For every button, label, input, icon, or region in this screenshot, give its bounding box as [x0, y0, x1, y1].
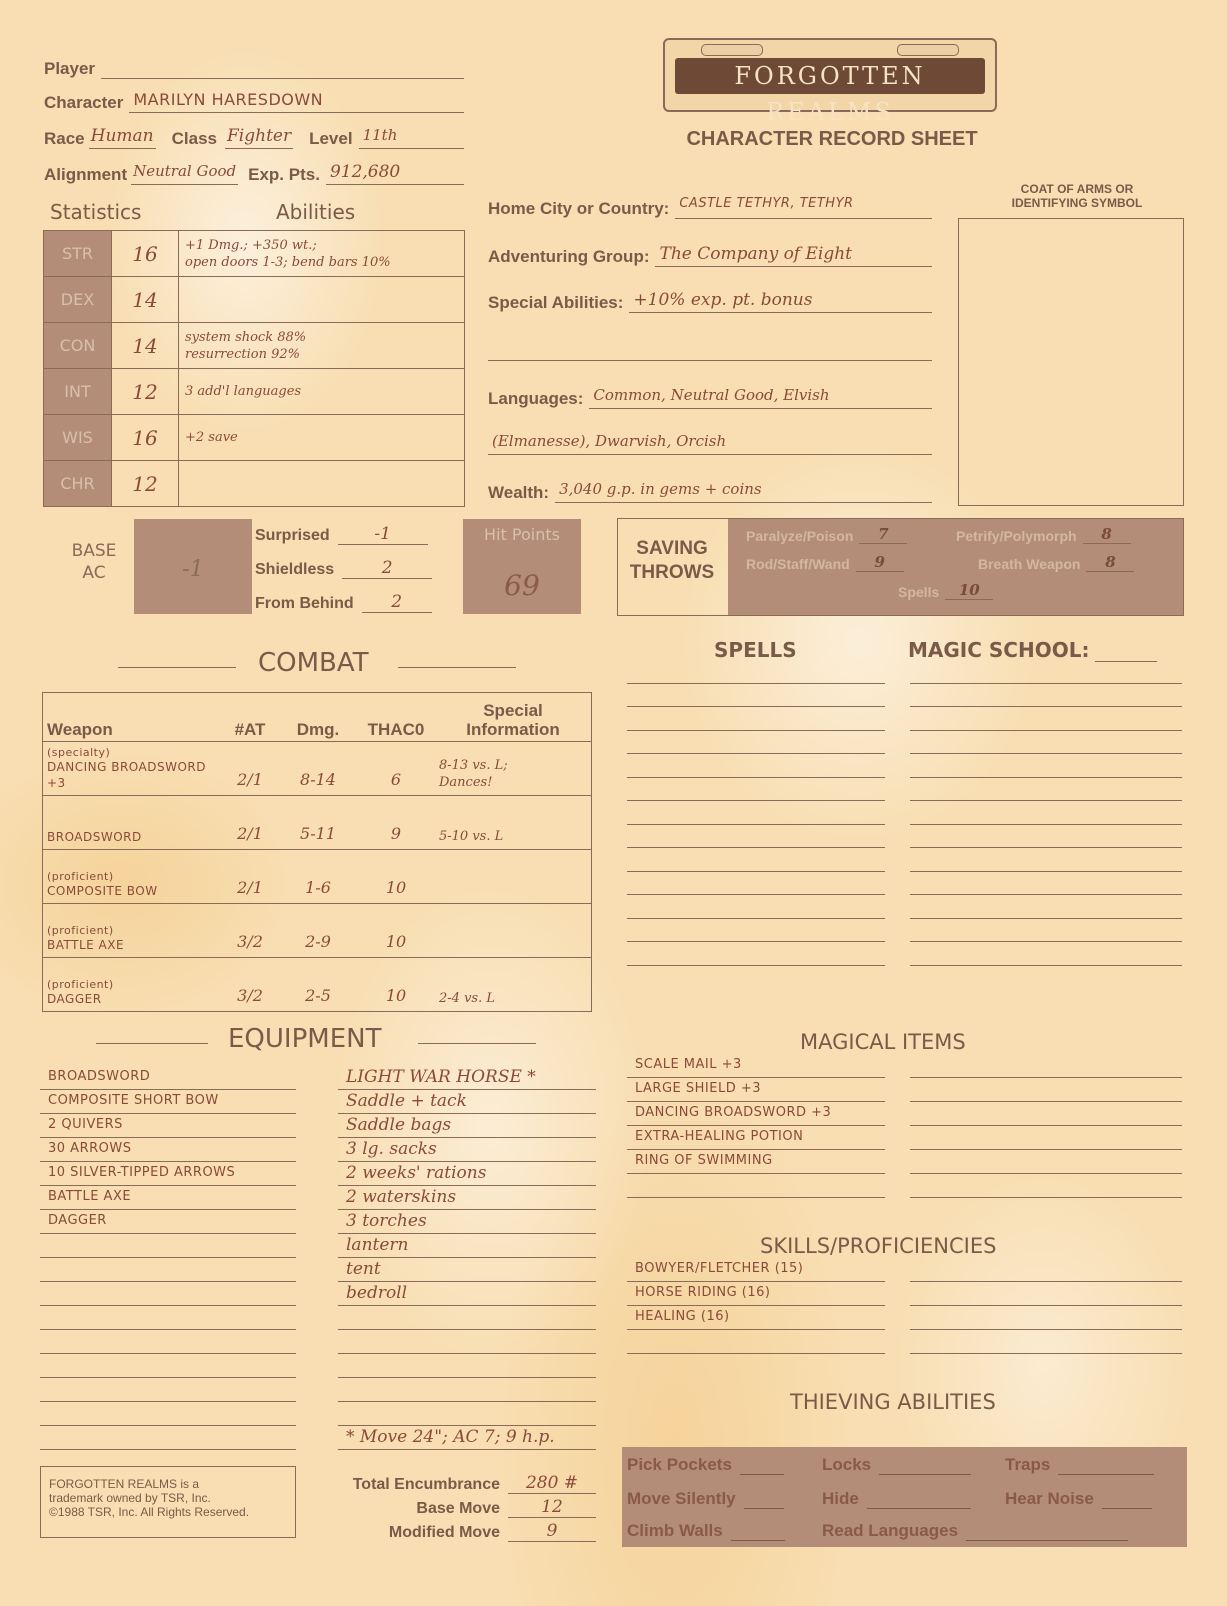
special-abilities-value-2[interactable]	[488, 338, 932, 361]
traps-value[interactable]	[1058, 1456, 1154, 1475]
home-value[interactable]: CASTLE TETHYR, TETHYR	[675, 196, 932, 219]
stat-abilities[interactable]: +2 save	[179, 415, 465, 461]
list-line[interactable]: BOWYER/FLETCHER (15)	[627, 1258, 885, 1282]
stat-score[interactable]: 14	[112, 323, 179, 369]
move-silently-field[interactable]: Move Silently	[627, 1489, 784, 1509]
list-line[interactable]	[40, 1282, 296, 1306]
weapon-name: BROADSWORD	[47, 829, 217, 849]
languages-label: Languages:	[488, 389, 583, 409]
race-label: Race	[44, 129, 85, 149]
weapon-special[interactable]: 2-4 vs. L	[435, 958, 592, 1012]
coat-of-arms-box[interactable]	[958, 218, 1184, 506]
list-line[interactable]	[910, 1282, 1182, 1306]
list-line[interactable]: bedroll	[338, 1282, 596, 1306]
logo-text: FORGOTTEN REALMS	[675, 58, 985, 94]
weapon-attacks[interactable]: 2/1	[221, 742, 279, 796]
weapon-thaco[interactable]: 10	[357, 958, 435, 1012]
list-line[interactable]	[910, 1102, 1182, 1126]
surprised-value[interactable]: -1	[338, 524, 428, 545]
list-line[interactable]: DAGGER	[40, 1210, 296, 1234]
skills-title: SKILLS/PROFICIENCIES	[760, 1234, 996, 1258]
equipment-rule-left	[96, 1043, 208, 1044]
stat-row: DEX14	[44, 277, 465, 323]
saving-throws-title-line: SAVING	[618, 537, 726, 561]
climb-walls-label: Climb Walls	[627, 1521, 723, 1541]
ac-modifiers: Surprised -1 Shieldless 2 From Behind 2	[255, 519, 455, 613]
base-ac-label: BASE AC	[44, 540, 144, 584]
modified-move-value[interactable]: 9	[508, 1521, 596, 1542]
stat-score[interactable]: 14	[112, 277, 179, 323]
stat-ability-line: 3 add'l languages	[185, 383, 464, 400]
trademark-line: ©1988 TSR, Inc. All Rights Reserved.	[49, 1505, 287, 1519]
weapon-cell[interactable]: (proficient)COMPOSITE BOW	[43, 850, 222, 904]
list-line[interactable]: 2 QUIVERS	[40, 1114, 296, 1138]
skills-list-right	[910, 1258, 1182, 1354]
magical-items-list-left: SCALE MAIL +3LARGE SHIELD +3DANCING BROA…	[627, 1054, 885, 1198]
list-line[interactable]	[40, 1234, 296, 1258]
base-move-field[interactable]: Base Move 12	[320, 1494, 596, 1518]
breath-weapon-label: Breath Weapon	[978, 556, 1080, 572]
list-line[interactable]	[40, 1426, 296, 1450]
list-line[interactable]	[910, 1258, 1182, 1282]
list-line[interactable]: LARGE SHIELD +3	[627, 1078, 885, 1102]
list-line[interactable]	[627, 660, 885, 684]
list-line[interactable]	[910, 825, 1182, 849]
hide-field[interactable]: Hide	[822, 1489, 971, 1509]
read-languages-value[interactable]	[966, 1522, 1128, 1541]
weapon-special[interactable]: 8-13 vs. L;Dances!	[435, 742, 592, 796]
paralyze-label: Paralyze/Poison	[746, 528, 853, 544]
surprised-label: Surprised	[255, 527, 330, 545]
exp-value[interactable]: 912,680	[326, 162, 464, 185]
weapon-thaco[interactable]: 9	[357, 796, 435, 850]
col-special: Special Information	[435, 693, 592, 742]
list-line[interactable]: SCALE MAIL +3	[627, 1054, 885, 1078]
list-line[interactable]	[338, 1378, 596, 1402]
list-line[interactable]	[910, 1174, 1182, 1198]
from-behind-field[interactable]: From Behind 2	[255, 579, 455, 613]
hit-points-value: 69	[463, 569, 581, 602]
locks-label: Locks	[822, 1455, 871, 1475]
petrify-value[interactable]: 8	[1083, 525, 1131, 544]
stat-abilities[interactable]: 3 add'l languages	[179, 369, 465, 415]
stat-abilities[interactable]: +1 Dmg.; +350 wt.;open doors 1-3; bend b…	[179, 231, 465, 277]
list-line[interactable]: 3 torches	[338, 1210, 596, 1234]
languages-field[interactable]: Languages: Common, Neutral Good, Elvish	[488, 386, 932, 409]
statistics-header: Statistics	[50, 200, 141, 224]
list-line[interactable]: 10 SILVER-TIPPED ARROWS	[40, 1162, 296, 1186]
weapon-cell[interactable]: (specialty)DANCING BROADSWORD +3	[43, 742, 222, 796]
list-line[interactable]	[338, 1354, 596, 1378]
stat-row: CHR12	[44, 461, 465, 507]
stat-ability-line: open doors 1-3; bend bars 10%	[185, 254, 464, 271]
list-line[interactable]	[338, 1330, 596, 1354]
home-label: Home City or Country:	[488, 199, 669, 219]
shieldless-value[interactable]: 2	[342, 558, 432, 579]
weapon-special-line: 2-4 vs. L	[439, 990, 587, 1007]
from-behind-label: From Behind	[255, 595, 354, 613]
stat-abilities[interactable]	[179, 461, 465, 507]
alignment-value[interactable]: Neutral Good	[131, 162, 238, 185]
list-line[interactable]	[910, 707, 1182, 731]
list-line[interactable]	[627, 942, 885, 966]
movement-area: Total Encumbrance 280 # Base Move 12 Mod…	[320, 1470, 596, 1542]
stat-row: WIS16+2 save	[44, 415, 465, 461]
hide-label: Hide	[822, 1489, 859, 1509]
shieldless-label: Shieldless	[255, 561, 334, 579]
forgotten-realms-logo: FORGOTTEN REALMS	[663, 38, 997, 112]
weapon-damage[interactable]: 5-11	[279, 796, 357, 850]
move-silently-value[interactable]	[744, 1490, 784, 1509]
list-line[interactable]	[910, 731, 1182, 755]
level-value[interactable]: 11th	[359, 126, 464, 149]
class-label: Class	[172, 129, 217, 149]
group-value[interactable]: The Company of Eight	[655, 244, 932, 267]
logo-ornament	[701, 44, 763, 56]
list-line[interactable]	[910, 801, 1182, 825]
col-weapon: Weapon	[43, 693, 222, 742]
list-line[interactable]	[627, 707, 885, 731]
list-line[interactable]	[627, 1330, 885, 1354]
thieving-title: THIEVING ABILITIES	[790, 1390, 996, 1414]
rod-staff-wand-label: Rod/Staff/Wand	[746, 556, 850, 572]
saving-throws-title: SAVING THROWS	[618, 537, 726, 585]
hear-noise-value[interactable]	[1102, 1490, 1152, 1509]
rod-staff-wand-field[interactable]: Rod/Staff/Wand 9	[746, 553, 904, 572]
hit-points-label: Hit Points	[463, 525, 581, 544]
read-languages-field[interactable]: Read Languages	[822, 1521, 1128, 1541]
list-line[interactable]	[910, 1150, 1182, 1174]
level-label: Level	[309, 129, 352, 149]
list-line[interactable]	[910, 848, 1182, 872]
list-line[interactable]	[910, 754, 1182, 778]
logo-ornament	[897, 44, 959, 56]
weapon-cell[interactable]: BROADSWORD	[43, 796, 222, 850]
breath-weapon-field[interactable]: Breath Weapon 8	[978, 553, 1134, 572]
locks-field[interactable]: Locks	[822, 1455, 971, 1475]
weapon-special-line: 8-13 vs. L;	[439, 757, 587, 774]
weapon-damage[interactable]: 8-14	[279, 742, 357, 796]
group-field[interactable]: Adventuring Group: The Company of Eight	[488, 244, 932, 267]
traps-field[interactable]: Traps	[1005, 1455, 1154, 1475]
paralyze-field[interactable]: Paralyze/Poison 7	[746, 525, 907, 544]
weapon-damage[interactable]: 2-9	[279, 904, 357, 958]
special-abilities-field-2[interactable]	[488, 338, 932, 361]
list-line[interactable]	[910, 778, 1182, 802]
weapon-row: (specialty)DANCING BROADSWORD +32/18-146…	[43, 742, 592, 796]
list-line[interactable]	[627, 731, 885, 755]
equipment-title: EQUIPMENT	[228, 1024, 381, 1054]
climb-walls-field[interactable]: Climb Walls	[627, 1521, 785, 1541]
list-line[interactable]	[40, 1378, 296, 1402]
total-encumbrance-field[interactable]: Total Encumbrance 280 #	[320, 1470, 596, 1494]
weapon-thaco[interactable]: 10	[357, 850, 435, 904]
spells-save-value[interactable]: 10	[945, 581, 993, 600]
weapon-cell[interactable]: (proficient)BATTLE AXE	[43, 904, 222, 958]
saving-throws-title-line: THROWS	[618, 561, 726, 585]
list-line[interactable]	[910, 1330, 1182, 1354]
col-attacks: #AT	[221, 693, 279, 742]
from-behind-value[interactable]: 2	[362, 592, 432, 613]
petrify-label: Petrify/Polymorph	[956, 528, 1077, 544]
special-abilities-value[interactable]: +10% exp. pt. bonus	[629, 290, 932, 313]
traps-label: Traps	[1005, 1455, 1050, 1475]
combat-title: COMBAT	[258, 648, 369, 678]
character-value[interactable]: MARILYN HARESDOWN	[129, 90, 464, 113]
coat-of-arms-label: COAT OF ARMS OR IDENTIFYING SYMBOL	[997, 182, 1157, 210]
pick-pockets-field[interactable]: Pick Pockets	[627, 1455, 784, 1475]
wealth-label: Wealth:	[488, 483, 549, 503]
character-label: Character	[44, 93, 123, 113]
weapon-row: (proficient)DAGGER3/22-5102-4 vs. L	[43, 958, 592, 1012]
stat-name: WIS	[44, 415, 112, 461]
stat-score[interactable]: 12	[112, 369, 179, 415]
list-line[interactable]: tent	[338, 1258, 596, 1282]
coat-of-arms-label-line: COAT OF ARMS OR	[997, 182, 1157, 196]
list-line[interactable]: DANCING BROADSWORD +3	[627, 1102, 885, 1126]
list-line[interactable]	[910, 919, 1182, 943]
weapon-damage[interactable]: 1-6	[279, 850, 357, 904]
col-thaco: THAC0	[357, 693, 435, 742]
list-line[interactable]	[627, 848, 885, 872]
weapon-note: (proficient)	[47, 924, 217, 937]
col-special-line: Special	[439, 701, 587, 720]
character-field[interactable]: Character MARILYN HARESDOWN	[44, 90, 464, 113]
weapon-row: BROADSWORD2/15-1195-10 vs. L	[43, 796, 592, 850]
group-label: Adventuring Group:	[488, 247, 649, 267]
list-line[interactable]: 3 lg. sacks	[338, 1138, 596, 1162]
climb-walls-value[interactable]	[731, 1522, 785, 1541]
spells-save-field[interactable]: Spells 10	[898, 581, 993, 600]
weapon-name: DANCING BROADSWORD +3	[47, 759, 217, 795]
modified-move-field[interactable]: Modified Move 9	[320, 1518, 596, 1542]
breath-weapon-value[interactable]: 8	[1086, 553, 1134, 572]
surprised-field[interactable]: Surprised -1	[255, 519, 455, 545]
languages-field-2[interactable]: (Elmanesse), Dwarvish, Orcish	[488, 432, 932, 455]
race-class-level-row: Race Human Class Fighter Level 11th	[44, 126, 464, 149]
list-line[interactable]: 2 weeks' rations	[338, 1162, 596, 1186]
weapon-attacks[interactable]: 2/1	[221, 850, 279, 904]
list-line[interactable]	[40, 1354, 296, 1378]
weapon-thaco[interactable]: 10	[357, 904, 435, 958]
languages-value-2[interactable]: (Elmanesse), Dwarvish, Orcish	[488, 432, 932, 455]
class-value[interactable]: Fighter	[225, 126, 293, 149]
locks-value[interactable]	[879, 1456, 971, 1475]
combat-rule-left	[118, 667, 236, 668]
trademark-line: trademark owned by TSR, Inc.	[49, 1491, 287, 1505]
list-line[interactable]	[910, 1078, 1182, 1102]
alignment-exp-row: Alignment Neutral Good Exp. Pts. 912,680	[44, 162, 464, 185]
stat-abilities[interactable]	[179, 277, 465, 323]
base-ac-box[interactable]: -1	[134, 519, 252, 614]
list-line[interactable]	[338, 1402, 596, 1426]
weapon-row: (proficient)BATTLE AXE3/22-910	[43, 904, 592, 958]
hear-noise-field[interactable]: Hear Noise	[1005, 1489, 1152, 1509]
pick-pockets-label: Pick Pockets	[627, 1455, 732, 1475]
equipment-rule-right	[418, 1043, 536, 1044]
base-ac-value: -1	[134, 557, 252, 582]
list-line[interactable]	[910, 942, 1182, 966]
hit-points-box[interactable]: Hit Points 69	[463, 519, 581, 614]
trademark-notice: FORGOTTEN REALMS is a trademark owned by…	[40, 1466, 296, 1538]
equipment-list-right: LIGHT WAR HORSE *Saddle + tackSaddle bag…	[338, 1066, 596, 1450]
stat-ability-line: resurrection 92%	[185, 346, 464, 363]
base-ac-label-line: AC	[44, 562, 144, 584]
stat-score[interactable]: 16	[112, 231, 179, 277]
stat-row: STR16+1 Dmg.; +350 wt.;open doors 1-3; b…	[44, 231, 465, 277]
list-line[interactable]	[627, 778, 885, 802]
modified-move-label: Modified Move	[389, 1524, 500, 1542]
list-line[interactable]: EXTRA-HEALING POTION	[627, 1126, 885, 1150]
weapon-note: (proficient)	[47, 870, 217, 883]
weapon-special[interactable]: 5-10 vs. L	[435, 796, 592, 850]
magic-school-label: MAGIC SCHOOL:	[908, 638, 1089, 662]
list-line[interactable]: lantern	[338, 1234, 596, 1258]
combat-rule-right	[398, 667, 516, 668]
special-abilities-field[interactable]: Special Abilities: +10% exp. pt. bonus	[488, 290, 932, 313]
weapon-note: (specialty)	[47, 746, 217, 759]
move-silently-label: Move Silently	[627, 1489, 736, 1509]
stat-ability-line: +1 Dmg.; +350 wt.;	[185, 237, 464, 254]
coat-of-arms-label-line: IDENTIFYING SYMBOL	[997, 196, 1157, 210]
weapon-special[interactable]	[435, 850, 592, 904]
stats-table: STR16+1 Dmg.; +350 wt.;open doors 1-3; b…	[43, 230, 465, 507]
weapon-note: (proficient)	[47, 978, 217, 991]
spells-list-right	[910, 660, 1182, 966]
player-value[interactable]	[101, 56, 464, 79]
magical-items-title: MAGICAL ITEMS	[800, 1030, 966, 1054]
weapon-attacks[interactable]: 3/2	[221, 904, 279, 958]
combat-table: Weapon #AT Dmg. THAC0 Special Informatio…	[42, 692, 592, 1012]
stat-score[interactable]: 12	[112, 461, 179, 507]
paralyze-value[interactable]: 7	[859, 525, 907, 544]
weapon-name: DAGGER	[47, 991, 217, 1011]
saving-throws-box: SAVING THROWS Paralyze/Poison 7 Petrify/…	[617, 518, 1184, 616]
list-line[interactable]	[40, 1402, 296, 1426]
list-line[interactable]: BROADSWORD	[40, 1066, 296, 1090]
stat-name: STR	[44, 231, 112, 277]
hear-noise-label: Hear Noise	[1005, 1489, 1094, 1509]
list-line[interactable]	[627, 895, 885, 919]
list-line[interactable]	[338, 1306, 596, 1330]
rod-staff-wand-value[interactable]: 9	[856, 553, 904, 572]
list-line[interactable]	[627, 872, 885, 896]
list-line[interactable]	[627, 801, 885, 825]
list-line[interactable]	[40, 1330, 296, 1354]
wealth-value[interactable]: 3,040 g.p. in gems + coins	[555, 480, 932, 503]
weapon-cell[interactable]: (proficient)DAGGER	[43, 958, 222, 1012]
col-special-line: Information	[439, 720, 587, 739]
thieving-abilities-panel: Pick Pockets Locks Traps Move Silently H…	[622, 1447, 1187, 1547]
stat-ability-line: system shock 88%	[185, 329, 464, 346]
shieldless-field[interactable]: Shieldless 2	[255, 545, 455, 579]
list-line[interactable]	[910, 895, 1182, 919]
skills-list-left: BOWYER/FLETCHER (15)HORSE RIDING (16)HEA…	[627, 1258, 885, 1354]
list-line[interactable]	[40, 1258, 296, 1282]
list-line[interactable]: 30 ARROWS	[40, 1138, 296, 1162]
list-line[interactable]	[627, 1174, 885, 1198]
stat-abilities[interactable]: system shock 88%resurrection 92%	[179, 323, 465, 369]
weapon-special[interactable]	[435, 904, 592, 958]
magical-items-list-right	[910, 1054, 1182, 1198]
total-encumbrance-value[interactable]: 280 #	[508, 1473, 596, 1494]
list-line[interactable]: HORSE RIDING (16)	[627, 1282, 885, 1306]
languages-value[interactable]: Common, Neutral Good, Elvish	[589, 386, 932, 409]
list-line[interactable]	[910, 684, 1182, 708]
saving-throws-panel: Paralyze/Poison 7 Petrify/Polymorph 8 Ro…	[728, 519, 1183, 615]
player-field[interactable]: Player	[44, 56, 464, 79]
weapon-thaco[interactable]: 6	[357, 742, 435, 796]
list-line[interactable]	[627, 684, 885, 708]
weapon-damage[interactable]: 2-5	[279, 958, 357, 1012]
spells-list-left	[627, 660, 885, 966]
list-line[interactable]	[910, 1054, 1182, 1078]
list-line[interactable]: 2 waterskins	[338, 1186, 596, 1210]
list-line[interactable]: Saddle bags	[338, 1114, 596, 1138]
col-damage: Dmg.	[279, 693, 357, 742]
spells-title: SPELLS	[714, 638, 797, 662]
weapon-attacks[interactable]: 2/1	[221, 796, 279, 850]
weapon-attacks[interactable]: 3/2	[221, 958, 279, 1012]
stat-name: CHR	[44, 461, 112, 507]
weapon-name: BATTLE AXE	[47, 937, 217, 957]
list-line[interactable]	[910, 660, 1182, 684]
list-line[interactable]	[910, 872, 1182, 896]
hide-value[interactable]	[867, 1490, 971, 1509]
stat-row: INT123 add'l languages	[44, 369, 465, 415]
race-value[interactable]: Human	[89, 126, 156, 149]
total-encumbrance-label: Total Encumbrance	[353, 1476, 500, 1494]
pick-pockets-value[interactable]	[740, 1456, 784, 1475]
list-line[interactable]	[627, 754, 885, 778]
petrify-field[interactable]: Petrify/Polymorph 8	[956, 525, 1131, 544]
magic-school-field[interactable]: MAGIC SCHOOL:	[908, 638, 1157, 662]
list-line[interactable]: COMPOSITE SHORT BOW	[40, 1090, 296, 1114]
list-line[interactable]: Saddle + tack	[338, 1090, 596, 1114]
stat-score[interactable]: 16	[112, 415, 179, 461]
sheet-title: CHARACTER RECORD SHEET	[672, 128, 992, 151]
equipment-list-left: BROADSWORDCOMPOSITE SHORT BOW2 QUIVERS30…	[40, 1066, 296, 1450]
stat-row: CON14system shock 88%resurrection 92%	[44, 323, 465, 369]
list-line[interactable]: BATTLE AXE	[40, 1186, 296, 1210]
list-line[interactable]	[40, 1306, 296, 1330]
abilities-header: Abilities	[276, 200, 355, 224]
list-line[interactable]	[910, 1126, 1182, 1150]
list-line[interactable]: * Move 24"; AC 7; 9 h.p.	[338, 1426, 596, 1450]
exp-label: Exp. Pts.	[248, 165, 320, 185]
weapon-special-line: Dances!	[439, 774, 587, 791]
list-line[interactable]	[627, 919, 885, 943]
stat-name: CON	[44, 323, 112, 369]
weapon-name: COMPOSITE BOW	[47, 883, 217, 903]
stat-ability-line: +2 save	[185, 429, 464, 446]
list-line[interactable]: LIGHT WAR HORSE *	[338, 1066, 596, 1090]
list-line[interactable]: RING OF SWIMMING	[627, 1150, 885, 1174]
special-abilities-label: Special Abilities:	[488, 293, 623, 313]
wealth-field[interactable]: Wealth: 3,040 g.p. in gems + coins	[488, 480, 932, 503]
spells-save-label: Spells	[898, 584, 939, 600]
list-line[interactable]	[627, 825, 885, 849]
read-languages-label: Read Languages	[822, 1521, 958, 1541]
base-move-value[interactable]: 12	[508, 1497, 596, 1518]
weapon-row: (proficient)COMPOSITE BOW2/11-610	[43, 850, 592, 904]
home-field[interactable]: Home City or Country: CASTLE TETHYR, TET…	[488, 196, 932, 219]
list-line[interactable]	[910, 1306, 1182, 1330]
base-ac-label-line: BASE	[44, 540, 144, 562]
alignment-label: Alignment	[44, 165, 127, 185]
trademark-line: FORGOTTEN REALMS is a	[49, 1477, 287, 1491]
list-line[interactable]: HEALING (16)	[627, 1306, 885, 1330]
